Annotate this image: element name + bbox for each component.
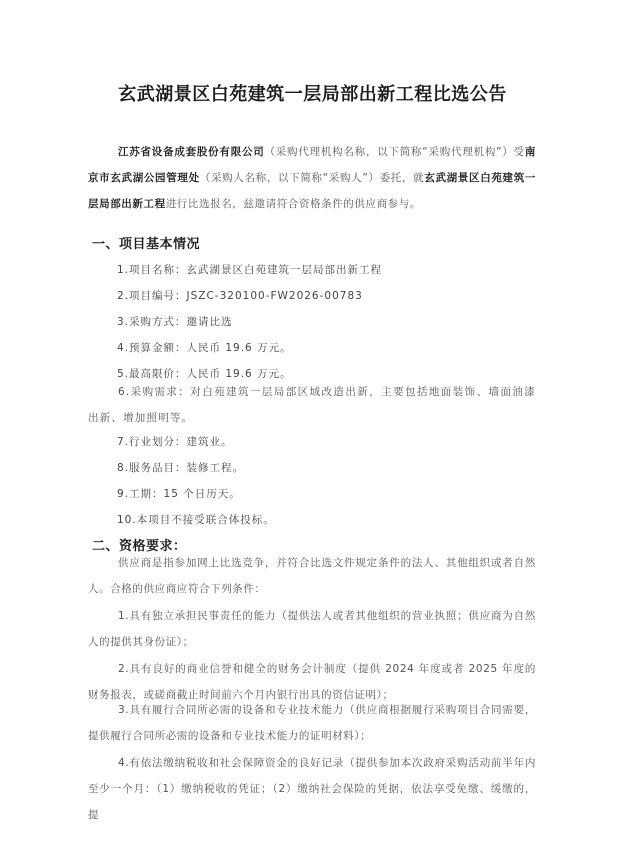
document-page: 玄武湖景区白苑建筑一层局部出新工程比选公告 江苏省设备成套股份有限公司（采购代理… (0, 0, 625, 860)
project-item-budget: 4.预算金额：人民币 19.6 万元。 (117, 340, 292, 355)
project-item-consortium: 10.本项目不接受联合体投标。 (117, 512, 275, 527)
document-title: 玄武湖景区白苑建筑一层局部出新工程比选公告 (0, 80, 625, 106)
invite-text: 进行比选报名，兹邀请符合资格条件的供应商参与。 (166, 198, 421, 210)
purchaser-note: （采购人名称，以下简称“采购人”）委托，就 (200, 172, 425, 184)
agency-note: （采购代理机构名称，以下简称“采购代理机构”）受 (265, 146, 525, 158)
project-item-method: 3.采购方式：邀请比选 (117, 314, 233, 329)
project-item-category: 8.服务品目：装修工程。 (117, 460, 244, 475)
project-item-industry: 7.行业划分：建筑业。 (117, 434, 233, 449)
section-heading-project-info: 一、项目基本情况 (92, 233, 200, 252)
qualification-item-1: 1.具有独立承担民事责任的能力（提供法人或者其他组织的营业执照；供应商为自然人的… (88, 603, 536, 655)
project-item-number: 2.项目编号：JSZC-320100-FW2026-00783 (117, 288, 363, 303)
project-item-name: 1.项目名称：玄武湖景区白苑建筑一层局部出新工程 (117, 262, 382, 277)
agency-name: 江苏省设备成套股份有限公司 (118, 146, 265, 158)
qualification-item-4: 4.有依法缴纳税收和社会保障资金的良好记录（提供参加本次政府采购活动前半年内至少… (88, 750, 536, 828)
intro-paragraph: 江苏省设备成套股份有限公司（采购代理机构名称，以下简称“采购代理机构”）受南京市… (88, 139, 536, 217)
qualifications-intro: 供应商是指参加网上比选竞争，并符合比选文件规定条件的法人、其他组织或者自然人。合… (88, 550, 536, 602)
project-item-duration: 9.工期：15 个日历天。 (117, 486, 241, 501)
project-item-requirements: 6.采购需求：对白苑建筑一层局部区域改造出新，主要包括地面装饰、墙面油漆出新、增… (88, 379, 536, 431)
qualification-item-3: 3.具有履行合同所必需的设备和专业技术能力（供应商根据履行采购项目合同需要，提供… (88, 697, 536, 749)
